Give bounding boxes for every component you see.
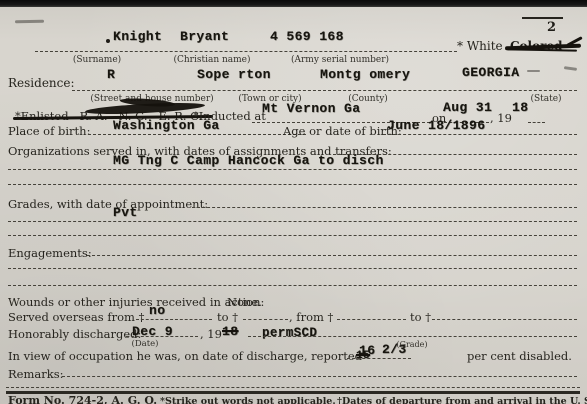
overseas-from1-label: Served overseas from † — [8, 311, 144, 324]
discharge-date-blank — [126, 336, 198, 337]
discharge-date-sublabel: (Date) — [132, 339, 159, 349]
overseas-to1-label: to † — [217, 311, 238, 324]
grades-label: Grades, with date of appointment: — [8, 198, 208, 211]
serial-number-typed: 4 569 168 — [270, 29, 344, 44]
overseas-from2-label: , from † — [289, 311, 333, 324]
place-of-birth-typed: Washington Ga — [113, 118, 220, 133]
organizations-blank-line-1 — [8, 169, 577, 170]
residence-town-typed: Sope rton — [197, 67, 271, 82]
disability-sublabel: (Grade) — [396, 340, 427, 349]
grades-blank-line-2 — [8, 235, 577, 236]
overseas-blank-2 — [243, 319, 288, 320]
surname-sublabel: (Surname) — [73, 55, 121, 65]
ink-dot — [106, 39, 110, 43]
wounds-value: None. — [227, 296, 262, 309]
residence-street-typed: R — [107, 67, 115, 82]
place-of-birth-label: Place of birth: — [8, 125, 90, 138]
discharge-note-typed: permSCD — [262, 326, 317, 340]
residence-blank-line — [72, 90, 577, 91]
grades-blank-line-1 — [8, 221, 577, 222]
grades-typed: Pvt — [113, 205, 138, 220]
disability-label: In view of occupation he was, on date of… — [8, 350, 362, 363]
engagements-blank-line-1 — [8, 268, 577, 269]
page-number-overline — [522, 17, 563, 19]
footer-note-dagger: †Dates of departure from and arrival in … — [337, 397, 587, 404]
race-white-label: * White — [457, 40, 503, 53]
pencil-tilde-mark — [564, 66, 577, 70]
residence-county-typed: Montg omery — [320, 67, 410, 82]
induction-year-prefix: , 19 — [490, 112, 512, 125]
christian-name-sublabel: (Christian name) — [173, 55, 250, 65]
christian-name-typed: Bryant — [180, 29, 229, 44]
form-number: Form No. 724-2, A. G. O. — [8, 395, 157, 404]
scan-edge-strip — [0, 0, 587, 7]
induction-year-blank — [528, 122, 545, 123]
engagements-blank-line-2 — [8, 285, 577, 286]
birth-date-blank — [383, 134, 577, 135]
disability-value-typed: 16 — [359, 343, 375, 358]
surname-typed: Knight — [113, 29, 162, 44]
page-number: 2 — [547, 20, 556, 35]
remarks-blank-line — [62, 376, 577, 377]
grades-blank-tail — [192, 207, 577, 208]
discharge-label: Honorably discharged: — [8, 328, 141, 341]
state-sublabel: (State) — [530, 94, 561, 104]
serial-number-sublabel: (Army serial number) — [291, 55, 389, 65]
birth-date-typed: June 18/1896 — [387, 118, 485, 133]
engagements-blank-tail — [87, 255, 577, 256]
residence-label: Residence: — [8, 77, 75, 90]
overseas-blank-4 — [432, 319, 577, 320]
bottom-dashed-rule — [6, 387, 580, 388]
percent-disabled-label: per cent disabled. — [467, 350, 572, 363]
name-blank-line — [35, 51, 457, 52]
disability-blank — [347, 358, 411, 359]
engagements-label: Engagements: — [8, 247, 92, 260]
age-label: Age or date of birth: — [283, 125, 402, 138]
discharge-year-prefix: , 19 — [200, 328, 222, 341]
service-record-card: 2 Knight Bryant 4 569 168 * White Colore… — [0, 0, 587, 404]
pencil-dash-mark — [15, 20, 44, 23]
induction-place-typed: Mt Vernon Ga — [262, 101, 360, 116]
overseas-blank-1 — [136, 319, 212, 320]
organizations-blank-line-2 — [8, 184, 577, 185]
induction-date-typed: Aug 31 — [443, 100, 492, 115]
discharge-year-typed: 18 — [222, 324, 238, 339]
overseas-blank-3 — [337, 319, 406, 320]
discharge-blank-tail — [248, 336, 577, 337]
footer-note-strike: *Strike out words not applicable. — [160, 397, 336, 404]
overseas-to2-label: to † — [410, 311, 431, 324]
pencil-mark — [527, 70, 540, 72]
overseas-from1-typed: no — [149, 303, 165, 318]
organizations-typed: MG Tng C Camp Hancock Ga to disch — [113, 153, 384, 168]
induction-year-typed: 18 — [512, 100, 528, 115]
residence-state-typed: GEORGIA — [462, 65, 519, 80]
wounds-label: Wounds or other injuries received in act… — [8, 296, 264, 309]
place-of-birth-blank — [88, 134, 306, 135]
remarks-label: Remarks: — [8, 368, 63, 381]
